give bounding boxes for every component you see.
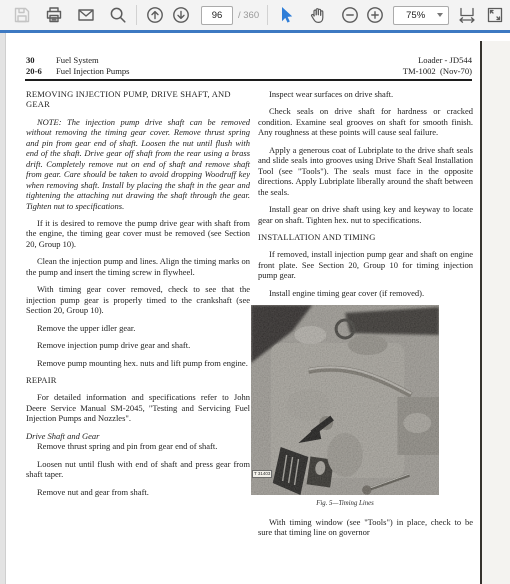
paragraph: For detailed information and specificati… (26, 392, 250, 423)
page-total-label: / 360 (238, 10, 259, 21)
paragraph: Install engine timing gear cover (if rem… (258, 288, 473, 298)
paragraph: Clean the injection pump and lines. Alig… (26, 256, 250, 277)
chevron-down-icon (437, 13, 443, 17)
zoom-in-icon[interactable] (365, 5, 385, 25)
paragraph: If removed, install injection pump gear … (258, 249, 473, 280)
paragraph: Check seals on drive shaft for hardness … (258, 106, 473, 137)
next-page-icon[interactable] (171, 5, 191, 25)
right-column: Inspect wear surfaces on drive shaft. Ch… (258, 89, 473, 545)
header-manual-no: TM-1002 (Nov-70) (403, 66, 472, 77)
paragraph: Apply a generous coat of Lubriplate to t… (258, 145, 473, 197)
header-rule (25, 79, 472, 81)
header-section-title: Fuel System (56, 55, 130, 66)
zoom-out-icon[interactable] (340, 5, 360, 25)
fit-width-icon[interactable] (457, 5, 477, 25)
paragraph: Install gear on drive shaft using key an… (258, 204, 473, 225)
paragraph: Loosen nut until flush with end of shaft… (26, 459, 250, 480)
figure-photo-id: T 31403 (252, 470, 272, 478)
header-group-title: Fuel Injection Pumps (56, 66, 130, 77)
page-number-input[interactable] (201, 6, 233, 25)
figure-timing-lines: T 31403 Fig. 5—Timing Lines (251, 305, 439, 509)
paragraph: With timing gear cover removed, check to… (26, 284, 250, 315)
print-icon[interactable] (44, 5, 64, 25)
figure-caption: Fig. 5—Timing Lines (251, 499, 439, 509)
hand-tool-icon[interactable] (308, 5, 328, 25)
page-left-edge (0, 33, 6, 584)
toolbar-divider (267, 5, 268, 25)
header-section-no: 30 (26, 55, 56, 66)
paragraph: Remove thrust spring and pin from gear e… (26, 441, 250, 451)
figure-photo (251, 305, 439, 495)
toolbar-divider (136, 5, 137, 25)
document-page: 30 20-6 Fuel System Fuel Injection Pumps… (0, 33, 510, 584)
paragraph: NOTE: The injection pump drive shaft can… (26, 117, 250, 211)
zoom-level-dropdown[interactable]: 75% (393, 6, 449, 25)
section-heading: INSTALLATION AND TIMING (258, 232, 473, 242)
section-heading: REPAIR (26, 375, 250, 385)
paragraph: If it is desired to remove the pump driv… (26, 218, 250, 249)
save-icon[interactable] (12, 5, 32, 25)
paragraph: Remove the upper idler gear. (26, 323, 250, 333)
pdf-viewer-toolbar: / 360 75% (0, 0, 510, 30)
paragraph: Remove injection pump drive gear and sha… (26, 340, 250, 350)
paragraph: With timing window (see "Tools") in plac… (258, 517, 473, 538)
left-column: REMOVING INJECTION PUMP, DRIVE SHAFT, AN… (26, 89, 250, 504)
zoom-level-value: 75% (394, 10, 437, 21)
previous-page-icon[interactable] (145, 5, 165, 25)
header-page-no: 20-6 (26, 66, 56, 77)
sub-heading: Drive Shaft and Gear (26, 431, 250, 441)
fit-page-icon[interactable] (485, 5, 505, 25)
paragraph: Inspect wear surfaces on drive shaft. (258, 89, 473, 99)
paragraph: Remove pump mounting hex. nuts and lift … (26, 358, 250, 368)
select-tool-icon[interactable] (276, 5, 296, 25)
header-model: Loader - JD544 (403, 55, 472, 66)
section-heading: REMOVING INJECTION PUMP, DRIVE SHAFT, AN… (26, 89, 250, 110)
search-icon[interactable] (108, 5, 128, 25)
page-header: 30 20-6 Fuel System Fuel Injection Pumps… (26, 55, 472, 77)
email-icon[interactable] (76, 5, 96, 25)
paragraph: Remove nut and gear from shaft. (26, 487, 250, 497)
page-right-margin (482, 41, 510, 584)
